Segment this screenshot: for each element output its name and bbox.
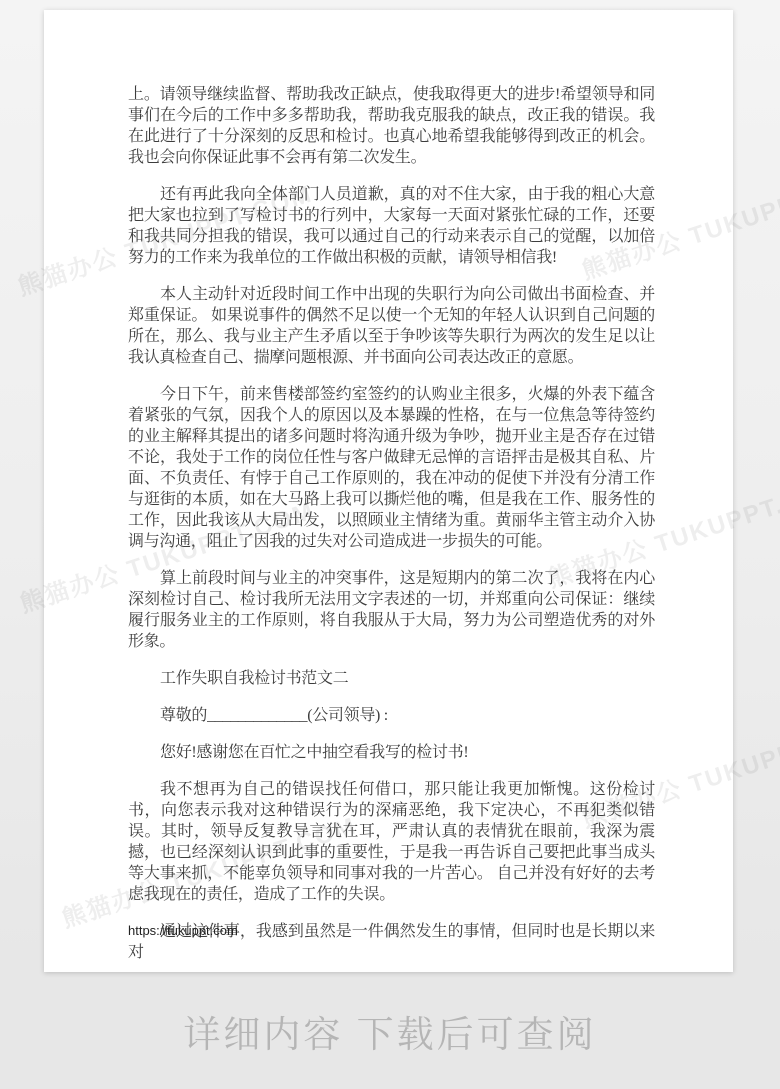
source-url: https://tukuppt.com — [128, 923, 238, 938]
paragraph: 今日下午，前来售楼部签约室签约的认购业主很多，火爆的外表下蕴含着紧张的气氛，因我… — [128, 384, 655, 552]
paragraph: 算上前段时间与业主的冲突事件，这是短期内的第二次了，我将在内心深刻检讨自己、检讨… — [128, 568, 655, 652]
paragraph: 还有再此我向全体部门人员道歉，真的对不住大家，由于我的粗心大意把大家也拉到了写检… — [128, 184, 655, 268]
paragraph: 我不想再为自己的错误找任何借口，那只能让我更加惭愧。这份检讨书，向您表示我对这种… — [128, 779, 655, 905]
footer-caption: 详细内容 下载后可查阅 — [183, 1004, 596, 1058]
paragraph: 本人主动针对近段时间工作中出现的失职行为向公司做出书面检查、并郑重保证。 如果说… — [128, 284, 655, 368]
preview-canvas: { "doc": { "paragraphs": [ { "text": "上。… — [0, 0, 780, 1089]
salutation-line: 尊敬的_____________(公司领导) : — [128, 705, 655, 726]
section-heading: 工作失职自我检讨书范文二 — [128, 668, 655, 689]
footer-band: 详细内容 下载后可查阅 — [0, 972, 780, 1089]
document-body: 上。请领导继续监督、帮助我改正缺点，使我取得更大的进步!希望领导和同事们在今后的… — [128, 84, 655, 963]
greeting-line: 您好!感谢您在百忙之中抽空看我写的检讨书! — [128, 742, 655, 763]
document-page: 上。请领导继续监督、帮助我改正缺点，使我取得更大的进步!希望领导和同事们在今后的… — [44, 10, 733, 972]
paragraph: 上。请领导继续监督、帮助我改正缺点，使我取得更大的进步!希望领导和同事们在今后的… — [128, 84, 655, 168]
